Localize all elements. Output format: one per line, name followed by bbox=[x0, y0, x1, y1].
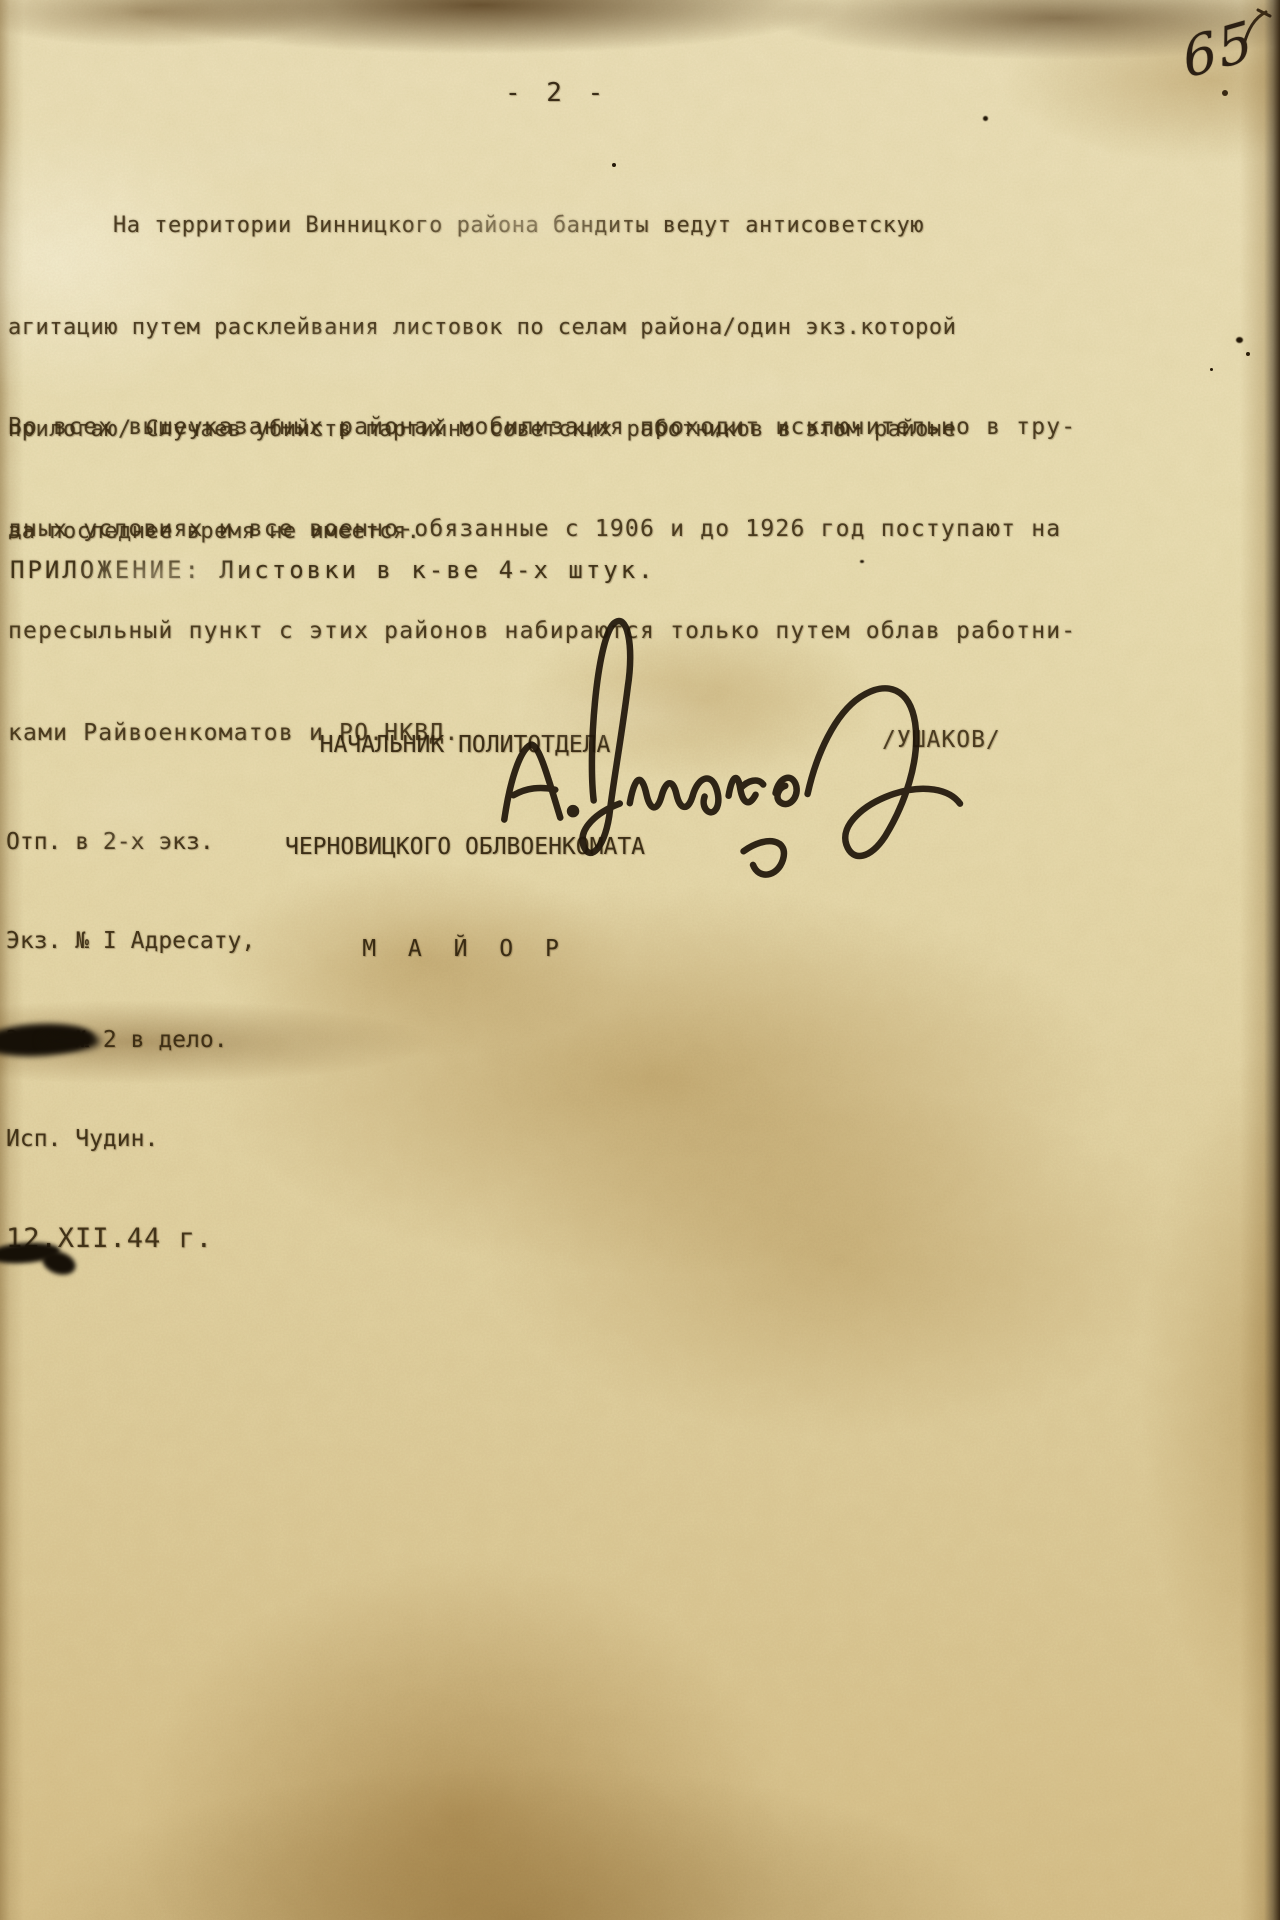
paragraph-2-line: пересыльный пункт с этих районов набираю… bbox=[8, 614, 1076, 648]
ink-dot bbox=[1222, 90, 1228, 96]
signature-title-block: НАЧАЛЬНИК ПОЛИТОТДЕЛА ЧЕРНОВИЦКОГО ОБЛВО… bbox=[225, 660, 705, 1034]
attachment-line: ПРИЛОЖЕНИЕ: Листовки в к-ве 4-х штук. bbox=[10, 556, 656, 584]
folio-number-handwritten: 65 bbox=[1178, 8, 1259, 90]
signature-rank-line: М А Й О Р bbox=[225, 932, 705, 966]
signature-typed-name: /УШАКОВ/ bbox=[882, 727, 1001, 753]
page-number: - 2 - bbox=[505, 78, 608, 108]
document-scan-page: - 2 - На территории Винницкого района ба… bbox=[0, 0, 1280, 1920]
ink-speck bbox=[983, 116, 988, 121]
ink-speck bbox=[1236, 337, 1243, 343]
distribution-block: Отп. в 2-х экз. Экз. № I Адресату, Экз. … bbox=[6, 760, 255, 1321]
paragraph-2-line: Во всех вышеуказанных районах мобилизаци… bbox=[8, 410, 1076, 444]
executor-line: Исп. Чудин. bbox=[6, 1123, 255, 1156]
scan-edge-shadow bbox=[1240, 0, 1280, 1920]
signature-title-line-2: ЧЕРНОВИЦКОГО ОБЛВОЕНКОМАТА bbox=[225, 830, 705, 864]
distribution-line: Экз. № 2 в дело. bbox=[6, 1024, 255, 1057]
paragraph-1-line: На территории Винницкого района бандиты … bbox=[8, 209, 956, 243]
paragraph-2-line: дных условиях и все военно-обязанные с 1… bbox=[8, 512, 1076, 546]
distribution-line: Экз. № I Адресату, bbox=[6, 925, 255, 958]
paragraph-1-line: агитацию путем расклейвания листовок по … bbox=[8, 311, 956, 345]
signature-title-line-1: НАЧАЛЬНИК ПОЛИТОТДЕЛА bbox=[225, 728, 705, 762]
date-line: 12.XII.44 г. bbox=[6, 1222, 255, 1255]
ink-speck bbox=[1210, 368, 1213, 371]
distribution-line: Отп. в 2-х экз. bbox=[6, 826, 255, 859]
ink-speck bbox=[1246, 352, 1250, 356]
folio-pen-stroke bbox=[1240, 8, 1274, 48]
